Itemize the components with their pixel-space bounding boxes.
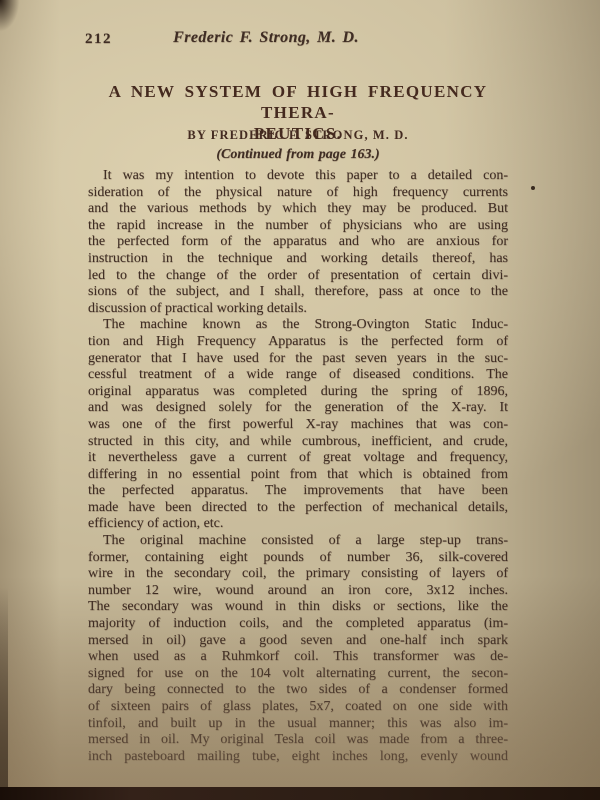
photo-corner-shadow (0, 0, 22, 40)
text-line: generator that I have used for the past … (88, 351, 508, 368)
text-line: The secondary was wound in thin disks or… (88, 599, 508, 616)
text-line: dary being connected to the two sides of… (88, 682, 508, 699)
article-title-line1: A NEW SYSTEM OF HIGH FREQUENCY THERA- (88, 81, 508, 123)
photo-left-edge-shadow (0, 587, 8, 787)
text-line: cessful treatment of a wide range of dis… (88, 367, 508, 384)
continuation-note: (Continued from page 163.) (88, 147, 508, 163)
text-line: tinfoil, and built up in the usual manne… (88, 716, 508, 733)
text-line: signed for use on the 104 volt alternati… (88, 666, 508, 683)
text-line: instruction in the technique and working… (88, 251, 508, 268)
running-head: Frederic F. Strong, M. D. (70, 29, 462, 47)
text-line: and the various methods by which they ma… (88, 201, 508, 218)
text-line: made have been directed to the perfectio… (88, 500, 508, 517)
text-line: The original machine consisted of a larg… (88, 533, 508, 550)
text-line: sions of the subject, and I shall, there… (88, 284, 508, 301)
text-line: the perfected form of the apparatus and … (88, 234, 508, 251)
text-line: when used as a Ruhmkorf coil. This trans… (88, 649, 508, 666)
text-line: tion and High Frequency Apparatus is the… (88, 334, 508, 351)
text-line: It was my intention to devote this paper… (88, 168, 508, 185)
text-line: it nevertheless gave a current of great … (88, 450, 508, 467)
text-line: mersed in oil) gave a good seven and one… (88, 633, 508, 650)
ink-speck (531, 186, 535, 190)
byline: BY FREDERIC F. STRONG, M. D. (88, 128, 508, 143)
text-line: and was designed solely for the generati… (88, 400, 508, 417)
paragraph: It was my intention to devote this paper… (88, 168, 508, 317)
text-line: wire in the secondary coil, the primary … (88, 566, 508, 583)
text-line: was one of the first powerful X-ray mach… (88, 417, 508, 434)
book-page-photo: 212 Frederic F. Strong, M. D. A NEW SYST… (0, 0, 600, 800)
paragraph: The machine known as the Strong-Ovington… (88, 317, 508, 533)
text-line: inch pasteboard mailing tube, eight inch… (88, 749, 508, 766)
paragraph: The original machine consisted of a larg… (88, 533, 508, 765)
text-line: efficiency of action, etc. (88, 516, 508, 533)
body-text: It was my intention to devote this paper… (88, 168, 508, 765)
text-line: discussion of practical working details. (88, 301, 508, 318)
text-line: number 12 wire, wound around an iron cor… (88, 583, 508, 600)
text-line: structed in this city, and while cumbrou… (88, 434, 508, 451)
text-line: The machine known as the Strong-Ovington… (88, 317, 508, 334)
text-line: sideration of the physical nature of hig… (88, 185, 508, 202)
text-line: the perfected apparatus. The improvement… (88, 483, 508, 500)
text-line: majority of induction coils, and the com… (88, 616, 508, 633)
text-line: the rapid increase in the number of phys… (88, 218, 508, 235)
text-line: original apparatus was completed during … (88, 384, 508, 401)
text-line: mersed in oil. My original Tesla coil wa… (88, 732, 508, 749)
text-line: of sixteen pairs of glass plates, 5x7, c… (88, 699, 508, 716)
text-line: former, containing eight pounds of numbe… (88, 550, 508, 567)
photo-bottom-edge (0, 787, 600, 800)
text-line: led to the change of the order of presen… (88, 268, 508, 285)
text-line: differing in no essential point from tha… (88, 467, 508, 484)
